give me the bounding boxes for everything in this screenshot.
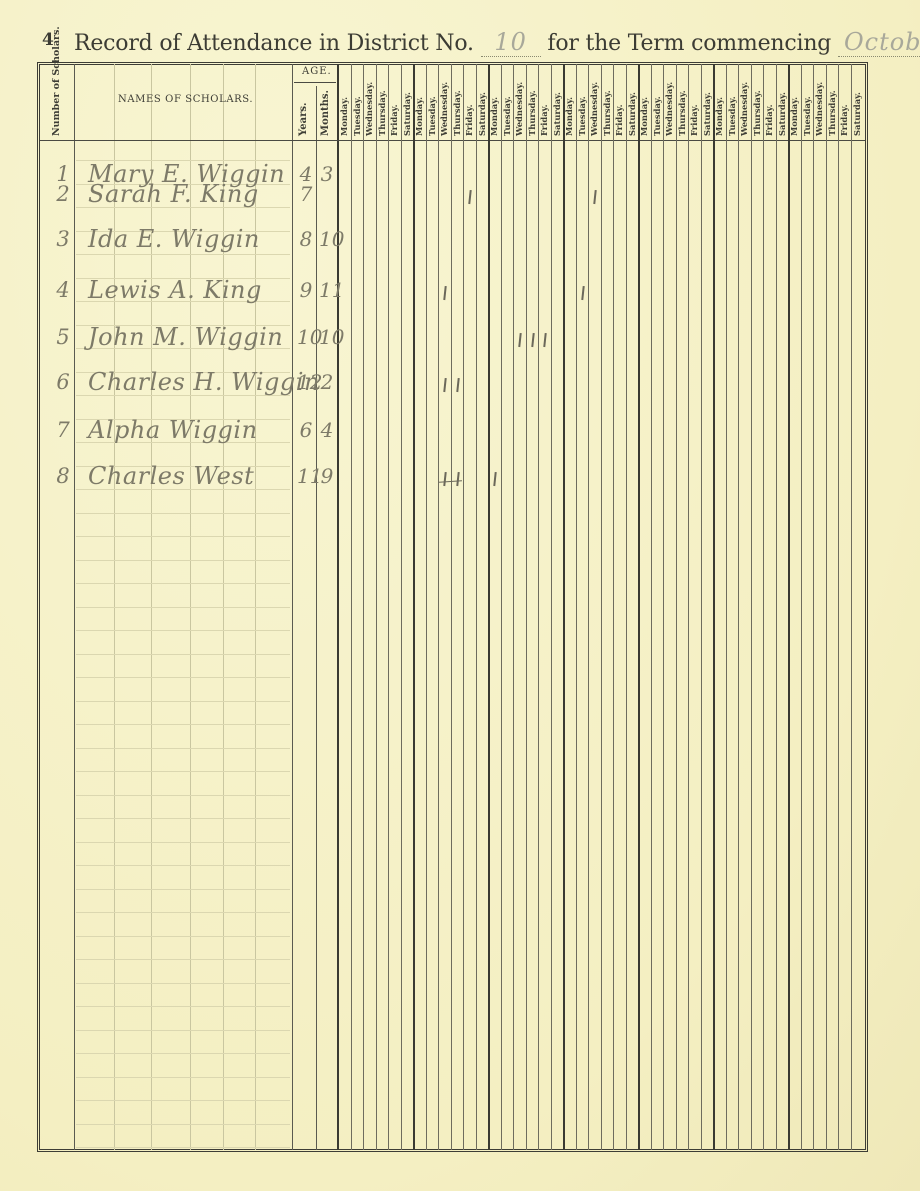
day-divider [763, 64, 764, 1150]
day-header-wednesday: Wednesday. [590, 70, 598, 136]
day-divider [576, 64, 577, 1150]
day-header-thursday: Thursday. [453, 70, 461, 136]
day-header-rule [640, 140, 650, 141]
day-divider [551, 64, 552, 1150]
ruling-line [76, 513, 290, 514]
scholar-name: Charles H. Wiggin [88, 368, 320, 396]
day-header-monday: Monday. [790, 70, 798, 136]
scholar-age-months: 3 [319, 162, 335, 186]
day-header-monday: Monday. [490, 70, 498, 136]
day-header-rule [678, 140, 688, 141]
day-divider [663, 64, 664, 1150]
scholar-number: 7 [48, 418, 78, 442]
day-header-wednesday: Wednesday. [365, 70, 373, 136]
day-divider [651, 64, 652, 1150]
day-header-rule [615, 140, 625, 141]
day-divider [538, 64, 539, 1150]
day-divider [376, 64, 377, 1150]
day-header-tuesday: Tuesday. [428, 70, 436, 136]
day-header-rule [853, 140, 863, 141]
divider-years-months [316, 86, 317, 1150]
day-divider [426, 64, 427, 1150]
day-header-monday: Monday. [640, 70, 648, 136]
day-divider [513, 64, 514, 1150]
ruling-line [76, 1077, 290, 1078]
day-header-friday: Friday. [390, 70, 398, 136]
day-header-rule [728, 140, 738, 141]
day-divider [451, 64, 452, 1150]
scholar-age-months: 9 [319, 464, 335, 488]
scholar-number: 2 [48, 182, 78, 206]
day-divider [776, 64, 777, 1150]
day-header-saturday: Saturday. [553, 70, 561, 136]
day-divider [751, 64, 752, 1150]
scholar-number: 3 [48, 227, 78, 251]
day-header-friday: Friday. [690, 70, 698, 136]
day-header-rule [815, 140, 825, 141]
day-header-tuesday: Tuesday. [803, 70, 811, 136]
day-header-tuesday: Tuesday. [653, 70, 661, 136]
day-header-monday: Monday. [565, 70, 573, 136]
day-divider [838, 64, 839, 1150]
scholar-name: Ida E. Wiggin [88, 225, 260, 253]
day-header-rule [528, 140, 538, 141]
day-header-tuesday: Tuesday. [503, 70, 511, 136]
months-header: Months. [321, 88, 331, 136]
day-divider [401, 64, 402, 1150]
scholar-number: 6 [48, 370, 78, 394]
divider-names-age [292, 64, 293, 1150]
day-divider [851, 64, 852, 1150]
day-header-rule [478, 140, 488, 141]
ruling-line [76, 607, 290, 608]
ruling-line [76, 771, 290, 772]
day-header-rule [778, 140, 788, 141]
day-divider [676, 64, 677, 1150]
day-header-monday: Monday. [715, 70, 723, 136]
ruling-line [76, 724, 290, 725]
ruling-line [76, 254, 290, 255]
day-header-rule [590, 140, 600, 141]
day-header-wednesday: Wednesday. [440, 70, 448, 136]
scholar-name: Lewis A. King [88, 276, 262, 304]
ruling-line [76, 959, 290, 960]
day-header-rule [715, 140, 725, 141]
ruling-line [76, 1053, 290, 1054]
day-header-monday: Monday. [340, 70, 348, 136]
scholar-age-months: 10 [319, 227, 335, 251]
week-divider [638, 64, 640, 1150]
ruling-line [76, 818, 290, 819]
day-divider [626, 64, 627, 1150]
ruling-line [76, 1124, 290, 1125]
day-divider [526, 64, 527, 1150]
week-divider [563, 64, 565, 1150]
scholar-age-months: 10 [319, 325, 335, 349]
day-header-rule [803, 140, 813, 141]
day-header-rule [403, 140, 413, 141]
day-header-rule [490, 140, 500, 141]
day-header-thursday: Thursday. [753, 70, 761, 136]
scholar-age-years: 10 [297, 325, 315, 349]
day-header-rule [653, 140, 663, 141]
day-divider [813, 64, 814, 1150]
day-header-rule [840, 140, 850, 141]
day-header-tuesday: Tuesday. [578, 70, 586, 136]
day-header-wednesday: Wednesday. [740, 70, 748, 136]
day-header-rule [540, 140, 550, 141]
ruling-line [76, 701, 290, 702]
ruling-line [76, 889, 290, 890]
day-divider [363, 64, 364, 1150]
ruling-line [76, 748, 290, 749]
scholar-age-years: 6 [297, 418, 315, 442]
day-header-rule [365, 140, 375, 141]
day-header-rule [665, 140, 675, 141]
scholar-age-years: 11 [297, 464, 315, 488]
number-of-scholars-header: Number of Scholars. [52, 74, 62, 136]
day-header-saturday: Saturday. [703, 70, 711, 136]
day-header-friday: Friday. [765, 70, 773, 136]
day-header-friday: Friday. [540, 70, 548, 136]
day-header-rule [690, 140, 700, 141]
day-header-rule [553, 140, 563, 141]
ruling-line [76, 912, 290, 913]
scholar-age-months: 4 [319, 418, 335, 442]
day-header-saturday: Saturday. [478, 70, 486, 136]
day-header-rule [503, 140, 513, 141]
scholar-name: Charles West [88, 462, 254, 490]
week-divider [713, 64, 715, 1150]
ruling-line [76, 654, 290, 655]
day-header-rule [390, 140, 400, 141]
scholar-number: 5 [48, 325, 78, 349]
day-divider [701, 64, 702, 1150]
day-header-rule [790, 140, 800, 141]
ruling-line [76, 536, 290, 537]
day-header-monday: Monday. [415, 70, 423, 136]
day-header-saturday: Saturday. [778, 70, 786, 136]
ruling-line [76, 677, 290, 678]
day-header-rule [740, 140, 750, 141]
title-prefix: Record of Attendance in District No. [74, 31, 474, 56]
day-header-rule [765, 140, 775, 141]
day-header-rule [603, 140, 613, 141]
scholar-age-years: 8 [297, 227, 315, 251]
day-divider [688, 64, 689, 1150]
day-header-saturday: Saturday. [403, 70, 411, 136]
ruling-line [76, 936, 290, 937]
day-header-rule [340, 140, 350, 141]
day-divider [476, 64, 477, 1150]
day-header-thursday: Thursday. [378, 70, 386, 136]
day-header-rule [453, 140, 463, 141]
scholar-name: Alpha Wiggin [88, 416, 258, 444]
day-header-friday: Friday. [615, 70, 623, 136]
scholar-age-years: 7 [297, 182, 315, 206]
day-header-rule [828, 140, 838, 141]
scholar-age-months: 2 [319, 370, 335, 394]
age-underline [294, 82, 336, 83]
day-header-rule [415, 140, 425, 141]
day-divider [738, 64, 739, 1150]
ruling-line [76, 630, 290, 631]
day-header-rule [565, 140, 575, 141]
years-header: Years. [299, 92, 309, 136]
ruling-line [76, 583, 290, 584]
day-header-tuesday: Tuesday. [728, 70, 736, 136]
ruling-line [76, 1030, 290, 1031]
day-header-thursday: Thursday. [678, 70, 686, 136]
day-header-rule [578, 140, 588, 141]
scholar-age-months: 11 [319, 278, 335, 302]
ruling-line [76, 1100, 290, 1101]
scholar-age-years: 12 [297, 370, 315, 394]
day-divider [388, 64, 389, 1150]
scholar-name: Sarah F. King [88, 180, 259, 208]
week-divider [788, 64, 790, 1150]
scholar-number: 4 [48, 278, 78, 302]
ruling-line [76, 983, 290, 984]
day-divider [613, 64, 614, 1150]
day-header-saturday: Saturday. [853, 70, 861, 136]
ruling-line [76, 1147, 290, 1148]
day-divider [601, 64, 602, 1150]
day-header-rule [428, 140, 438, 141]
day-header-rule [753, 140, 763, 141]
day-divider [501, 64, 502, 1150]
title-middle: for the Term commencing [547, 31, 831, 56]
day-header-tuesday: Tuesday. [353, 70, 361, 136]
week-divider [413, 64, 415, 1150]
age-header: AGE. [302, 66, 332, 77]
ruling-line [76, 795, 290, 796]
ruling-line [76, 842, 290, 843]
page-title: Record of Attendance in District No. 10 … [74, 28, 920, 57]
day-header-thursday: Thursday. [828, 70, 836, 136]
names-of-scholars-header: NAMES OF SCHOLARS. [118, 94, 253, 105]
day-divider [351, 64, 352, 1150]
day-header-thursday: Thursday. [603, 70, 611, 136]
day-header-wednesday: Wednesday. [815, 70, 823, 136]
day-header-rule [353, 140, 363, 141]
day-divider [826, 64, 827, 1150]
day-header-friday: Friday. [465, 70, 473, 136]
day-divider [463, 64, 464, 1150]
day-header-friday: Friday. [840, 70, 848, 136]
day-header-rule [440, 140, 450, 141]
day-divider [588, 64, 589, 1150]
day-header-wednesday: Wednesday. [515, 70, 523, 136]
ruling-line [76, 865, 290, 866]
day-header-rule [515, 140, 525, 141]
day-header-rule [465, 140, 475, 141]
day-divider [801, 64, 802, 1150]
day-header-rule [378, 140, 388, 141]
scholar-number: 8 [48, 464, 78, 488]
ruling-line [76, 1006, 290, 1007]
term-start-field[interactable]: October 9th [838, 28, 920, 57]
day-divider [438, 64, 439, 1150]
district-number-field[interactable]: 10 [481, 28, 541, 57]
week-divider [488, 64, 490, 1150]
day-header-rule [703, 140, 713, 141]
scholar-name: John M. Wiggin [88, 323, 283, 351]
day-header-rule [628, 140, 638, 141]
scholar-age-years: 9 [297, 278, 315, 302]
day-header-saturday: Saturday. [628, 70, 636, 136]
ruling-line [76, 560, 290, 561]
day-divider [726, 64, 727, 1150]
day-header-wednesday: Wednesday. [665, 70, 673, 136]
day-header-thursday: Thursday. [528, 70, 536, 136]
